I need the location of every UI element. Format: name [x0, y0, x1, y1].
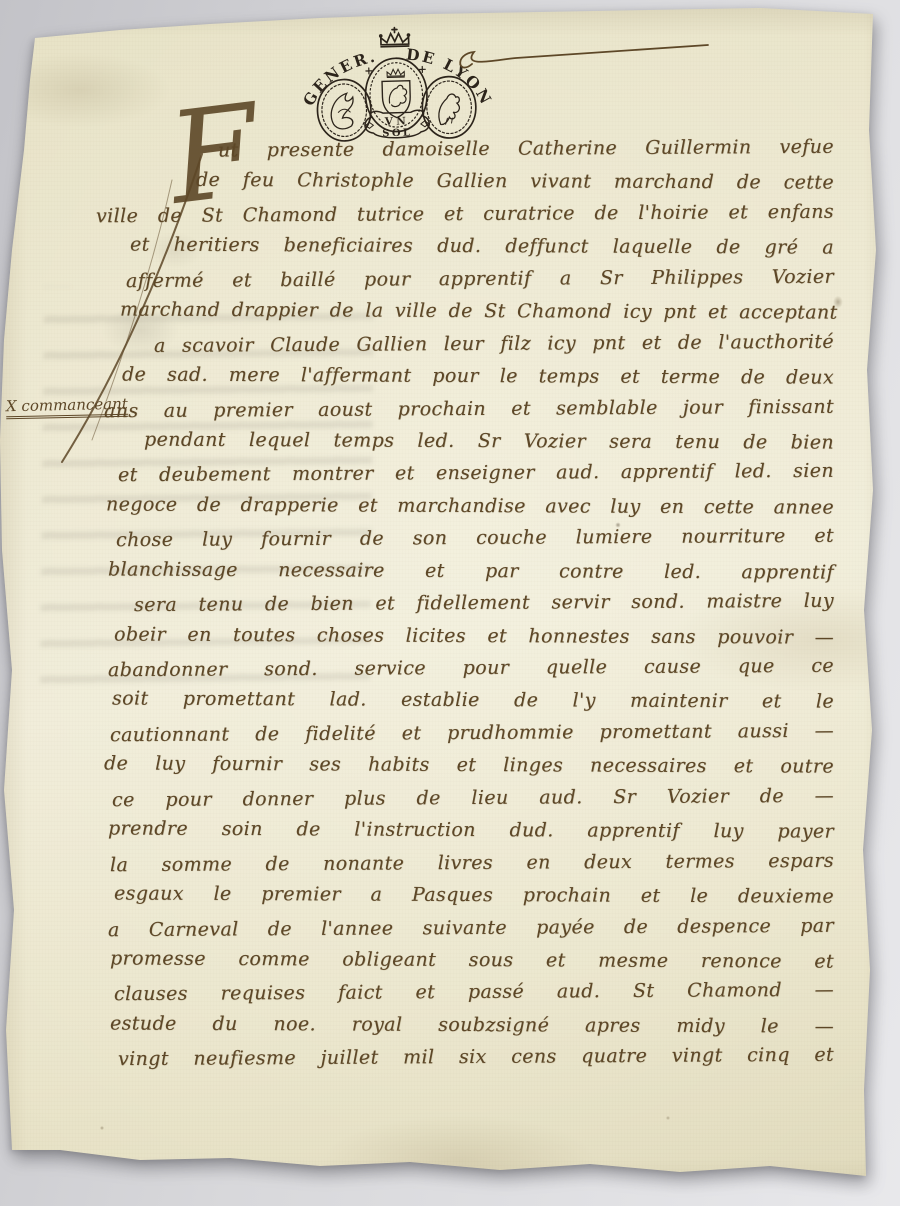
manuscript-line: esgaux le premier a Pasques prochain et …: [96, 877, 834, 913]
manuscript-page: GENER. DE LYON VN SOL F X commanceant: [0, 0, 900, 1206]
manuscript-line: ville de St Chamond tutrice et curatrice…: [96, 196, 834, 233]
crown-icon: [380, 27, 410, 47]
manuscript-line: de feu Christophle Gallien vivant marcha…: [96, 164, 834, 200]
manuscript-line: promesse comme obligeant sous et mesme r…: [96, 942, 834, 978]
manuscript-line: ut presente damoiselle Catherine Guiller…: [96, 131, 834, 168]
manuscript-line: et deubement montrer et enseigner aud. a…: [96, 455, 834, 492]
center-crown-icon: [387, 69, 404, 77]
stamp-arc-text-left: GENER.: [298, 47, 380, 109]
manuscript-line: marchand drappier de la ville de St Cham…: [96, 294, 834, 330]
manuscript-line: negoce de drapperie et marchandise avec …: [96, 488, 834, 524]
manuscript-line: la somme de nonante livres en deux terme…: [96, 844, 834, 881]
lion-rampant-icon: [438, 94, 460, 125]
manuscript-line: estude du noe. royal soubzsigné apres mi…: [96, 1007, 834, 1043]
manuscript-line: abandonner sond. service pour quelle cau…: [96, 650, 834, 687]
manuscript-text: ut presente damoiselle Catherine Guiller…: [96, 133, 834, 1074]
manuscript-line: vingt neufiesme juillet mil six cens qua…: [96, 1039, 834, 1076]
foliage-icon: [331, 93, 354, 129]
manuscript-line: sera tenu de bien et fidellement servir …: [96, 585, 834, 622]
manuscript-line: blanchissage necessaire et par contre le…: [96, 553, 834, 589]
manuscript-line: prendre soin de l'instruction dud. appre…: [96, 813, 834, 849]
photo-background: GENER. DE LYON VN SOL F X commanceant: [0, 0, 900, 1206]
manuscript-line: de luy fournir ses habits et linges nece…: [96, 748, 834, 784]
manuscript-line: chose luy fournir de son couche lumiere …: [96, 520, 834, 557]
manuscript-line: pendant lequel temps led. Sr Vozier sera…: [96, 423, 834, 459]
paper-shadow-wrap: GENER. DE LYON VN SOL F X commanceant: [0, 0, 900, 1206]
manuscript-line: ans au premier aoust prochain et semblab…: [96, 390, 834, 427]
manuscript-line: de sad. mere l'affermant pour le temps e…: [96, 358, 834, 394]
paraph-flourish-icon: [450, 34, 718, 78]
manuscript-line: cautionnant de fidelité et prudhommie pr…: [96, 715, 834, 752]
manuscript-line: clauses requises faict et passé aud. St …: [96, 974, 834, 1011]
manuscript-line: a Carneval de l'annee suivante payée de …: [96, 909, 834, 946]
manuscript-line: affermé et baillé pour apprentif a Sr Ph…: [96, 260, 834, 297]
manuscript-line: ce pour donner plus de lieu aud. Sr Vozi…: [96, 779, 834, 816]
manuscript-line: soit promettant lad. establie de l'y mai…: [96, 683, 834, 719]
manuscript-line: obeir en toutes choses licites et honnes…: [96, 618, 834, 654]
stamp-value-vn: VN: [384, 115, 410, 128]
manuscript-line: et heritiers beneficiaires dud. deffunct…: [96, 229, 834, 265]
manuscript-line: a scavoir Claude Gallien leur filz icy p…: [96, 325, 834, 362]
